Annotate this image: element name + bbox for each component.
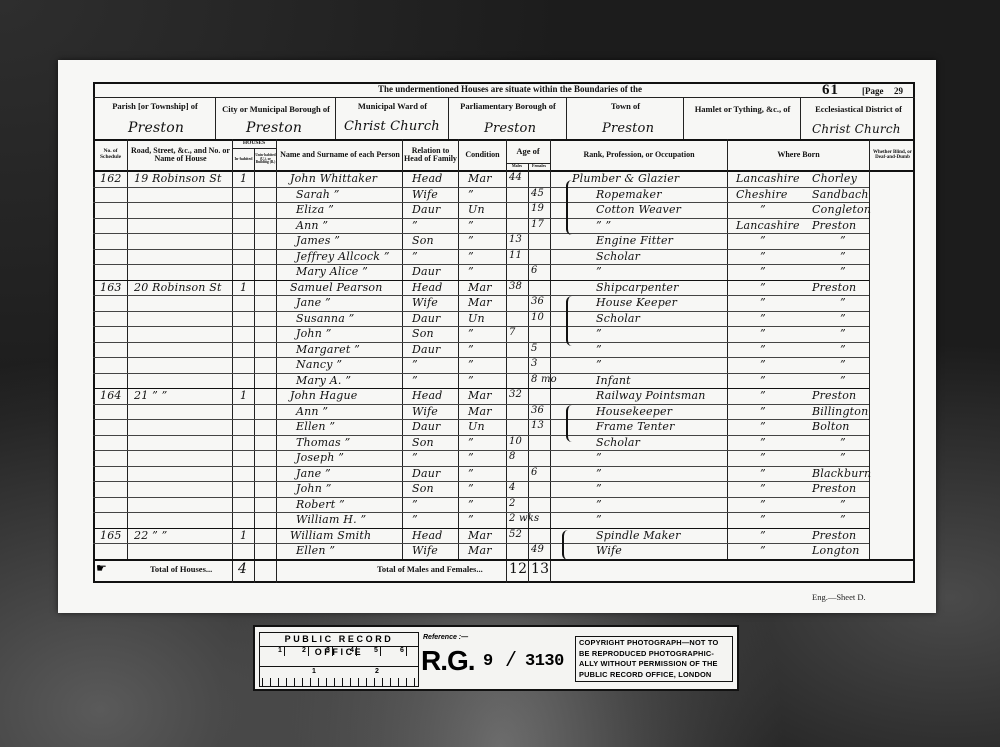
cell-condition: ” <box>468 436 474 449</box>
bracket-mark <box>566 180 572 235</box>
cell-name: Margaret ” <box>296 343 360 356</box>
cell-inhabited: 1 <box>240 529 247 542</box>
boundary-parish-label: Parish [or Township] of <box>95 99 215 113</box>
cell-age-male: 13 <box>509 234 522 245</box>
cell-born-county: ” <box>760 203 766 216</box>
col-occupation: Rank, Profession, or Occupation <box>551 140 727 170</box>
table-row <box>93 342 915 358</box>
cell-condition: ” <box>468 250 474 263</box>
cell-name: Sarah ” <box>296 188 340 201</box>
cell-born-place: ” <box>840 234 846 247</box>
table-row <box>93 187 915 203</box>
boundary-hamlet-label: Hamlet or Tything, &c., of <box>685 99 800 119</box>
cell-relation: Son <box>412 436 434 449</box>
cell-born-county: ” <box>760 327 766 340</box>
cell-age-female: 8 mo <box>531 374 557 385</box>
copyright-line: BE REPRODUCED PHOTOGRAPHIC- <box>579 649 729 660</box>
cell-age-female: 36 <box>531 405 544 416</box>
boundary-parliamentary-label: Parliamentary Borough of <box>450 99 566 113</box>
cell-condition: ” <box>468 374 474 387</box>
cell-age-male: 8 <box>509 451 516 462</box>
divider <box>800 97 801 139</box>
cell-born-place: Billington <box>812 405 868 418</box>
cell-occupation: ” <box>596 482 602 495</box>
cell-condition: ” <box>468 188 474 201</box>
cell-relation: ” <box>412 498 418 511</box>
cell-born-county: Lancashire <box>736 172 800 185</box>
cell-occupation: ” <box>596 358 602 371</box>
table-row <box>93 404 915 420</box>
cell-name: Ellen ” <box>296 420 335 433</box>
copyright-notice: COPYRIGHT PHOTOGRAPH—NOT TO BE REPRODUCE… <box>575 636 733 682</box>
cell-name: Samuel Pearson <box>290 281 383 294</box>
cell-born-place: ” <box>840 451 846 464</box>
cell-occupation: Plumber & Glazier <box>572 172 679 185</box>
cell-born-place: ” <box>840 374 846 387</box>
boundary-borough-value: Preston <box>246 120 302 136</box>
cell-schedule: 163 <box>100 281 122 294</box>
cell-age-male: 10 <box>509 436 522 447</box>
cell-name: Jeffrey Allcock ” <box>296 250 390 263</box>
ruler-label: 4 <box>350 647 354 654</box>
cell-occupation: Cotton Weaver <box>596 203 681 216</box>
cell-age-male: 7 <box>509 327 516 338</box>
col-where-born: Where Born <box>728 140 869 170</box>
reference-folio: 3130 <box>525 652 564 671</box>
cell-occupation: Infant <box>596 374 631 387</box>
col-relation: Relation to Head of Family <box>403 140 458 170</box>
cell-name: Jane ” <box>296 467 331 480</box>
cell-relation: Son <box>412 234 434 247</box>
cell-relation: ” <box>412 451 418 464</box>
cell-condition: ” <box>468 327 474 340</box>
cell-condition: Mar <box>468 529 492 542</box>
cell-occupation: ” ” <box>596 219 611 232</box>
cell-relation: Head <box>412 529 443 542</box>
cell-born-place: Longton <box>812 544 860 557</box>
page-number: 29 <box>894 86 903 96</box>
cell-name: James ” <box>296 234 340 247</box>
cell-condition: ” <box>468 343 474 356</box>
cell-name: Joseph ” <box>296 451 344 464</box>
col-name: Name and Surname of each Person <box>278 140 402 170</box>
reference-box: Reference :— R.G. 9 / 3130 <box>421 632 573 687</box>
table-row <box>93 419 915 435</box>
cell-born-place: Preston <box>812 482 856 495</box>
cell-condition: Mar <box>468 405 492 418</box>
cell-occupation: ” <box>596 467 602 480</box>
ruler-label: 6 <box>400 647 404 654</box>
cell-age-female: 17 <box>531 219 544 230</box>
cell-occupation: ” <box>596 451 602 464</box>
ruler-label: 5 <box>374 647 378 654</box>
cell-relation: ” <box>412 374 418 387</box>
cell-age-female: 10 <box>531 312 544 323</box>
copyright-line: ALLY WITHOUT PERMISSION OF THE <box>579 659 729 670</box>
ruler-label: 1 <box>312 668 316 675</box>
cell-born-county: ” <box>760 265 766 278</box>
col-schedule: No. of Schedule <box>94 140 127 170</box>
cell-condition: Mar <box>468 296 492 309</box>
cell-age-male: 38 <box>509 281 522 292</box>
pro-ruler-box: PUBLIC RECORD OFFICE 1 2 3 4 5 6 1 2 <box>259 632 419 687</box>
cell-name: Thomas ” <box>296 436 350 449</box>
cell-occupation: House Keeper <box>596 296 677 309</box>
cell-name: John ” <box>296 482 332 495</box>
ruler-label: 2 <box>375 668 379 675</box>
cell-name: William H. ” <box>296 513 366 526</box>
cell-relation: Daur <box>412 265 441 278</box>
total-houses-value: 4 <box>238 561 247 577</box>
cell-relation: Head <box>412 389 443 402</box>
cell-relation: Daur <box>412 203 441 216</box>
boundary-ecclesiastical-label: Ecclesiastical District of <box>802 99 915 119</box>
cell-age-male: 2 wks <box>509 513 539 524</box>
table-row <box>93 450 915 466</box>
cell-age-female: 45 <box>531 188 544 199</box>
divider <box>566 97 567 139</box>
cell-relation: Daur <box>412 343 441 356</box>
cell-relation: ” <box>412 513 418 526</box>
cell-age-female: 5 <box>531 343 538 354</box>
cell-age-female: 19 <box>531 203 544 214</box>
boundary-ecclesiastical-value: Christ Church <box>812 122 901 136</box>
cell-born-county: ” <box>760 467 766 480</box>
cell-schedule: 165 <box>100 529 122 542</box>
reference-series: R.G. <box>421 646 475 676</box>
cell-age-female: 36 <box>531 296 544 307</box>
cell-age-female: 3 <box>531 358 538 369</box>
table-row <box>93 497 915 513</box>
cell-condition: ” <box>468 451 474 464</box>
boundary-ward-value: Christ Church <box>344 119 440 134</box>
cell-born-place: Preston <box>812 219 856 232</box>
copyright-line: PUBLIC RECORD OFFICE, LONDON <box>579 670 729 681</box>
col-road: Road, Street, &c., and No. or Name of Ho… <box>129 140 232 170</box>
cell-age-female: 6 <box>531 265 538 276</box>
cell-relation: Head <box>412 172 443 185</box>
cell-name: Nancy ” <box>296 358 342 371</box>
cell-name: Ann ” <box>296 219 328 232</box>
cell-born-county: ” <box>760 482 766 495</box>
cell-born-place: ” <box>840 343 846 356</box>
cell-relation: Son <box>412 327 434 340</box>
cell-born-county: ” <box>760 358 766 371</box>
cell-condition: ” <box>468 265 474 278</box>
cell-born-place: ” <box>840 436 846 449</box>
cell-road: 20 Robinson St <box>134 281 222 294</box>
cell-name: Ellen ” <box>296 544 335 557</box>
cell-born-county: ” <box>760 420 766 433</box>
table-row <box>93 388 915 404</box>
cell-born-county: ” <box>760 451 766 464</box>
pro-title: PUBLIC RECORD OFFICE <box>260 633 418 647</box>
cell-occupation: Engine Fitter <box>596 234 673 247</box>
col-infirmity: Whether Blind, or Deaf-and-Dumb <box>870 140 915 170</box>
cell-condition: ” <box>468 358 474 371</box>
cell-name: Mary A. ” <box>296 374 351 387</box>
cell-born-place: Preston <box>812 281 856 294</box>
table-row <box>93 543 915 559</box>
table-row <box>93 357 915 373</box>
cell-born-county: ” <box>760 405 766 418</box>
cell-age-female: 6 <box>531 467 538 478</box>
table-row <box>93 373 915 389</box>
pointing-hand-icon: ☛ <box>96 561 107 576</box>
col-females: Females <box>528 163 550 170</box>
cell-age-male: 52 <box>509 529 522 540</box>
cell-born-place: Blackburn <box>812 467 871 480</box>
ruler-top: 1 2 3 4 5 6 <box>260 646 418 667</box>
table-row <box>93 249 915 265</box>
col-condition: Condition <box>459 140 506 170</box>
bracket-mark <box>562 530 568 560</box>
col-uninhabited: Unin-habited (U.), or Building (B.) <box>255 149 276 170</box>
cell-occupation: ” <box>596 343 602 356</box>
table-row <box>93 264 915 280</box>
cell-born-county: Lancashire <box>736 219 800 232</box>
cell-born-place: Preston <box>812 529 856 542</box>
table-row <box>93 233 915 249</box>
cell-born-place: ” <box>840 312 846 325</box>
cell-born-county: ” <box>760 374 766 387</box>
cell-age-male: 2 <box>509 498 516 509</box>
cell-name: Jane ” <box>296 296 331 309</box>
cell-age-male: 32 <box>509 389 522 400</box>
reference-separator: / <box>505 650 517 673</box>
total-persons-label: Total of Males and Females... <box>377 564 483 574</box>
cell-occupation: ” <box>596 327 602 340</box>
cell-born-place: ” <box>840 265 846 278</box>
cell-occupation: Frame Tenter <box>596 420 675 433</box>
cell-name: John Hague <box>290 389 357 402</box>
cell-relation: Wife <box>412 188 438 201</box>
public-record-office-stamp: PUBLIC RECORD OFFICE 1 2 3 4 5 6 1 2 Ref… <box>253 625 739 691</box>
table-row <box>93 295 915 311</box>
cell-occupation: Ropemaker <box>596 188 662 201</box>
cell-relation: Daur <box>412 467 441 480</box>
total-males-value: 12 <box>509 561 527 577</box>
cell-born-county: ” <box>760 436 766 449</box>
cell-born-county: ” <box>760 234 766 247</box>
sheet-identifier: Eng.—Sheet D. <box>812 592 866 602</box>
bracket-mark <box>566 296 572 346</box>
cell-inhabited: 1 <box>240 281 247 294</box>
cell-born-place: ” <box>840 250 846 263</box>
boundary-ward-label: Municipal Ward of <box>337 99 448 113</box>
cell-age-male: 4 <box>509 482 516 493</box>
cell-born-county: ” <box>760 250 766 263</box>
col-males: Males <box>506 163 528 170</box>
cell-relation: Wife <box>412 544 438 557</box>
page-label: [Page <box>862 86 884 96</box>
cell-occupation: Shipcarpenter <box>596 281 679 294</box>
cell-age-female: 49 <box>531 544 544 555</box>
cell-relation: Wife <box>412 405 438 418</box>
divider <box>215 97 216 139</box>
cell-born-place: ” <box>840 327 846 340</box>
cell-born-place: Preston <box>812 389 856 402</box>
cell-born-county: ” <box>760 296 766 309</box>
cell-born-county: ” <box>760 513 766 526</box>
cell-condition: ” <box>468 513 474 526</box>
cell-name: William Smith <box>290 529 371 542</box>
cell-name: Robert ” <box>296 498 345 511</box>
reference-piece: 9 <box>483 652 493 671</box>
col-inhabited: In-habited <box>233 149 254 170</box>
cell-relation: Head <box>412 281 443 294</box>
cell-relation: ” <box>412 358 418 371</box>
bracket-mark <box>566 405 572 442</box>
cell-born-county: Cheshire <box>736 188 788 201</box>
cell-born-county: ” <box>760 498 766 511</box>
cell-born-place: Chorley <box>812 172 857 185</box>
cell-name: Susanna ” <box>296 312 354 325</box>
cell-condition: Un <box>468 312 485 325</box>
boundary-borough-label: City or Municipal Borough of <box>217 98 335 120</box>
cell-born-county: ” <box>760 529 766 542</box>
ruler-label: 3 <box>326 647 330 654</box>
cell-relation: Daur <box>412 312 441 325</box>
table-row <box>93 311 915 327</box>
cell-born-place: ” <box>840 358 846 371</box>
table-row <box>93 202 915 218</box>
cell-occupation: Scholar <box>596 436 640 449</box>
cell-born-place: ” <box>840 498 846 511</box>
cell-name: Mary Alice ” <box>296 265 368 278</box>
cell-age-male: 11 <box>509 250 522 261</box>
cell-occupation: ” <box>596 498 602 511</box>
copyright-line: COPYRIGHT PHOTOGRAPH—NOT TO <box>579 638 729 649</box>
cell-condition: Mar <box>468 389 492 402</box>
cell-born-county: ” <box>760 544 766 557</box>
cell-relation: Wife <box>412 296 438 309</box>
cell-occupation: ” <box>596 265 602 278</box>
table-row <box>93 435 915 451</box>
cell-condition: ” <box>468 482 474 495</box>
cell-born-county: ” <box>760 281 766 294</box>
cell-condition: Un <box>468 203 485 216</box>
table-row <box>93 466 915 482</box>
cell-born-place: Bolton <box>812 420 850 433</box>
cell-born-place: Congleton <box>812 203 871 216</box>
cell-relation: Son <box>412 482 434 495</box>
table-row <box>93 512 915 528</box>
cell-age-male: 44 <box>509 172 522 183</box>
col-houses: HOUSES <box>232 140 276 148</box>
cell-born-place: ” <box>840 513 846 526</box>
boundaries-banner: The undermentioned Houses are situate wi… <box>330 84 690 94</box>
cell-born-county: ” <box>760 312 766 325</box>
cell-occupation: Scholar <box>596 312 640 325</box>
cell-age-female: 13 <box>531 420 544 431</box>
cell-born-place: Sandbach <box>812 188 869 201</box>
cell-relation: ” <box>412 250 418 263</box>
total-females-value: 13 <box>531 561 549 577</box>
cell-occupation: Scholar <box>596 250 640 263</box>
cell-relation: Daur <box>412 420 441 433</box>
boundary-town-value: Preston <box>602 121 654 136</box>
cell-born-county: ” <box>760 343 766 356</box>
cell-condition: ” <box>468 467 474 480</box>
table-row <box>93 326 915 342</box>
cell-road: 19 Robinson St <box>134 172 222 185</box>
divider <box>448 97 449 139</box>
divider <box>683 97 684 139</box>
cell-inhabited: 1 <box>240 172 247 185</box>
cell-name: Eliza ” <box>296 203 334 216</box>
cell-name: Ann ” <box>296 405 328 418</box>
cell-condition: ” <box>468 234 474 247</box>
col-age: Age of <box>506 140 550 163</box>
cell-occupation: Spindle Maker <box>596 529 681 542</box>
cell-born-county: ” <box>760 389 766 402</box>
cell-name: John Whittaker <box>290 172 377 185</box>
boundary-parish-value: Preston <box>128 120 184 136</box>
ruler-label: 2 <box>302 647 306 654</box>
cell-condition: ” <box>468 498 474 511</box>
table-row <box>93 528 915 544</box>
total-houses-label: Total of Houses... <box>150 564 212 574</box>
cell-condition: Mar <box>468 281 492 294</box>
reference-label: Reference :— <box>423 634 468 641</box>
cell-occupation: ” <box>596 513 602 526</box>
table-row <box>93 481 915 497</box>
cell-name: John ” <box>296 327 332 340</box>
cell-road: 22 ” ” <box>134 529 167 542</box>
cell-schedule: 162 <box>100 172 122 185</box>
ruler-label: 1 <box>278 647 282 654</box>
cell-condition: ” <box>468 219 474 232</box>
cell-condition: Mar <box>468 544 492 557</box>
cell-condition: Mar <box>468 172 492 185</box>
cell-born-place: ” <box>840 296 846 309</box>
cell-occupation: Railway Pointsman <box>596 389 706 402</box>
cell-occupation: Wife <box>596 544 622 557</box>
cell-occupation: Housekeeper <box>596 405 672 418</box>
cell-schedule: 164 <box>100 389 122 402</box>
cell-condition: Un <box>468 420 485 433</box>
cell-road: 21 ” ” <box>134 389 167 402</box>
boundary-parliamentary-value: Preston <box>484 121 536 136</box>
divider <box>93 559 915 561</box>
ruler-bottom: 1 2 <box>260 667 418 687</box>
boundary-town-label: Town of <box>568 99 683 113</box>
cell-relation: ” <box>412 219 418 232</box>
divider <box>335 97 336 139</box>
cell-inhabited: 1 <box>240 389 247 402</box>
